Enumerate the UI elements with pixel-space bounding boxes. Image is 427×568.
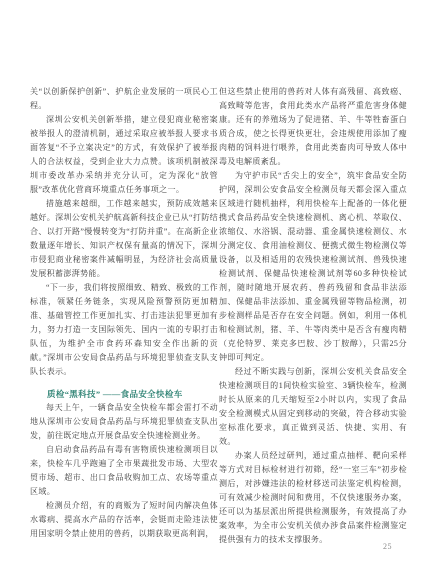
- paragraph: 办案人员经过研判，通过重点抽样、靶向采样等方式对目标检材进行初筛，经“一室三车”…: [219, 449, 407, 547]
- paragraph: “下一步，我们将按照细致、精致、极致的工作标准，领紧任务链条，实现风险预警预防更…: [30, 281, 218, 379]
- paragraph: 自启动食品药品有毒有害物质快速检测项目以来，快检车几乎跑遍了全市果蔬批发市场、大…: [30, 443, 218, 499]
- paragraph: 检测员介绍，有的商贩为了短时间内解决鱼体水霉病、提高水产品的存活率，会铤而走险违…: [30, 499, 218, 541]
- page-number: 25: [383, 542, 392, 551]
- paragraph: 每天上午，一辆食品安全快检车都会雷打不动地从深圳市公安局食品药品与环境犯罪侦查支…: [30, 401, 218, 443]
- paragraph: 经过不断实践与创新，深圳公安机关食品安全快速检测项目的1间快检实验室、3辆快检车…: [219, 365, 407, 449]
- paragraph: 为守护市民“舌尖上的安全”，筑牢食品安全防护网，深圳公安食品安全检测员每天都会深…: [219, 169, 407, 365]
- document-page: 关“以创新保护创新”、护航企业发展的一项民心工程。 深圳公安机关创新举措，建立侵…: [0, 0, 427, 568]
- paragraph: 措施越来越细，工作越来越实，预防成效越来越好。深圳公安机关护航高新科技企业已从“…: [30, 197, 218, 281]
- right-column: 但这些禁止使用的兽药对人体有高残留、高致癌、高致畸等危害，食用此类水产品将严重危…: [219, 85, 407, 547]
- paragraph: 但这些禁止使用的兽药对人体有高残留、高致癌、高致畸等危害，食用此类水产品将严重危…: [219, 85, 407, 169]
- section-heading: 质检“黑科技” ——食品安全快检车: [30, 387, 218, 401]
- paragraph: 深圳公安机关创新举措，建立侵犯商业秘密案被举报人的澄清机制，通过采取应被举报人要…: [30, 113, 218, 197]
- paragraph: 关“以创新保护创新”、护航企业发展的一项民心工程。: [30, 85, 218, 113]
- left-column: 关“以创新保护创新”、护航企业发展的一项民心工程。 深圳公安机关创新举措，建立侵…: [30, 85, 218, 541]
